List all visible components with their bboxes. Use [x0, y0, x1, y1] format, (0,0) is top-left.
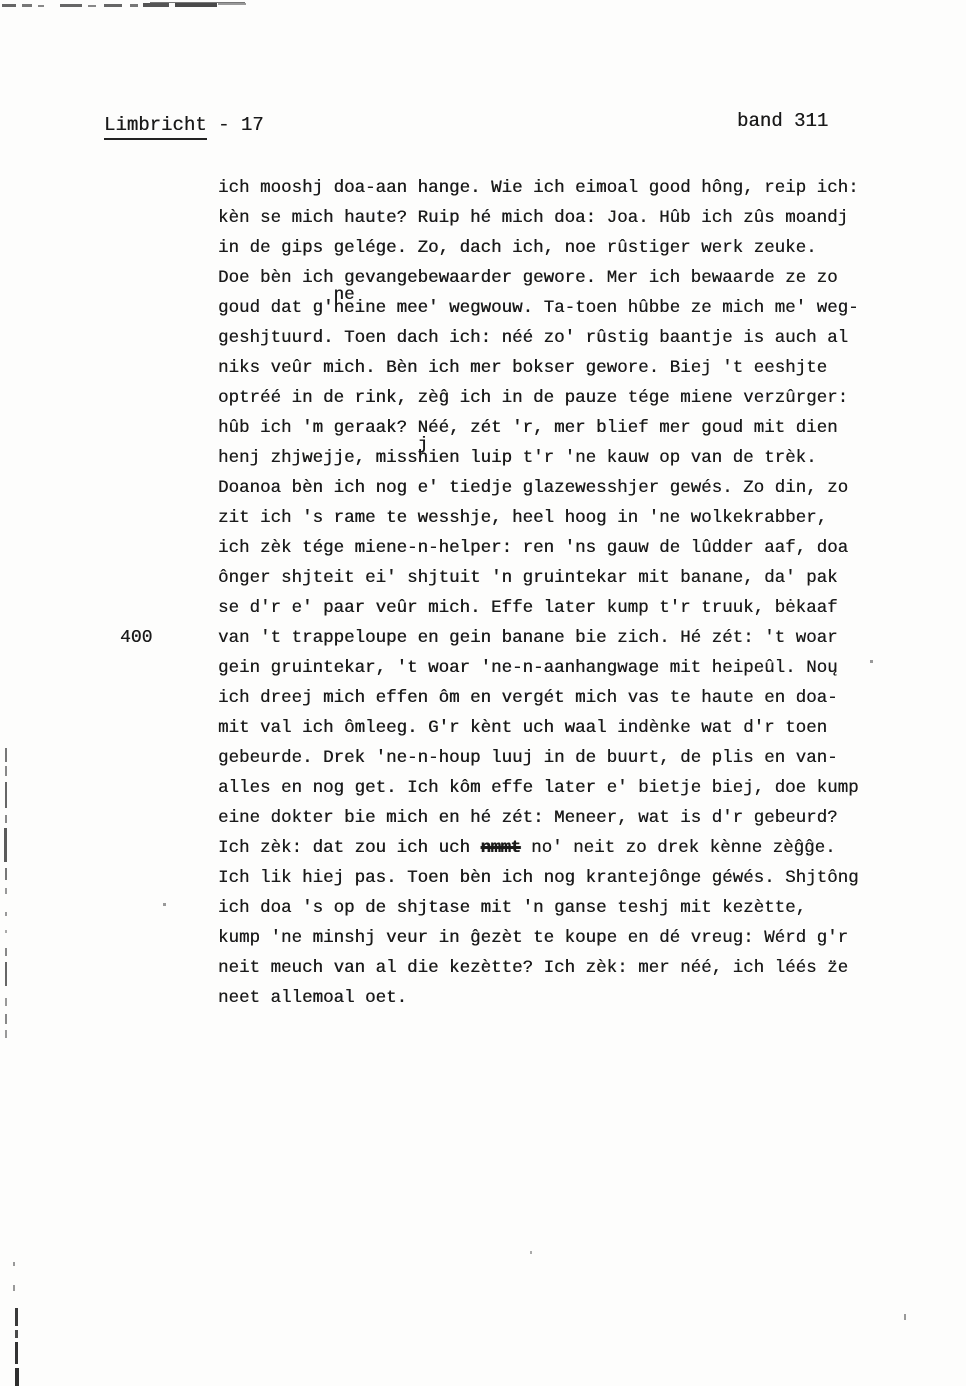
margin-line-number: 400	[120, 623, 152, 653]
text-segment: goud dat g'	[218, 298, 334, 318]
text-line: goud dat g'neheine mee' wegwouw. Ta-toen…	[218, 293, 898, 323]
scan-artifact	[130, 4, 138, 7]
text-line: neet allemoal oet.	[218, 983, 898, 1013]
page-title-location: Limbricht	[104, 114, 207, 140]
text-line: neit meuch van al die kezètte? Ich zèk: …	[218, 953, 898, 983]
text-segment: hien luip t'r 'ne kauw op van de trèk.	[418, 448, 817, 468]
scan-artifact	[5, 930, 7, 933]
scan-artifact	[5, 1030, 7, 1038]
text-segment: ônger shjteit ei' shjtuit 'n gruintekar …	[218, 568, 838, 588]
text-segment: kump 'ne minshj veur in ĝezèt te koupe e…	[218, 928, 848, 948]
text-body: ich mooshj doa-aan hange. Wie ich eimoal…	[218, 173, 898, 1013]
text-segment: alles en nog get. Ich kôm effe later e' …	[218, 778, 859, 798]
scan-artifact	[530, 1251, 532, 1254]
text-segment: ich zèk tége miene-n-helper: ren 'ns gau…	[218, 538, 848, 558]
text-segment: in de gips gelége. Zo, dach ich, noe rûs…	[218, 238, 817, 258]
scanned-document-page: Limbricht - 17 band 311 400 ich mooshj d…	[0, 0, 966, 1386]
scan-artifact	[38, 5, 44, 7]
scan-artifact	[218, 3, 246, 5]
text-line: alles en nog get. Ich kôm effe later e' …	[218, 773, 898, 803]
text-line: geshjtuurd. Toen dach ich: néé zo' rûsti…	[218, 323, 898, 353]
text-segment: Doanoa bèn ich nog e' tiedje glazewesshj…	[218, 478, 848, 498]
text-line: hûb ich 'm geraak? Néé, zét 'r, mer blie…	[218, 413, 898, 443]
text-line: ich doa 's op de shjtase mit 'n ganse te…	[218, 893, 898, 923]
text-line: ich mooshj doa-aan hange. Wie ich eimoal…	[218, 173, 898, 203]
text-line: gein gruintekar, 't woar 'ne-n-aanhangwa…	[218, 653, 898, 683]
text-line: ônger shjteit ei' shjtuit 'n gruintekar …	[218, 563, 898, 593]
text-line: in de gips gelége. Zo, dach ich, noe rûs…	[218, 233, 898, 263]
scan-artifact	[15, 1342, 18, 1364]
scan-artifact	[904, 1314, 906, 1320]
scan-artifact	[5, 998, 7, 1006]
text-line: Doanoa bèn ich nog e' tiedje glazewesshj…	[218, 473, 898, 503]
text-segment: geshjtuurd. Toen dach ich: néé zo' rûsti…	[218, 328, 848, 348]
text-line: Ich zèk: dat zou ich uch nmmt no' neit z…	[218, 833, 898, 863]
text-line: gebeurde. Drek 'ne-n-houp luuj in de buu…	[218, 743, 898, 773]
text-line: Doe bèn ich gevangebewaarder gewore. Mer…	[218, 263, 898, 293]
text-segment: no' neit zo drek kènne zèĝĝe.	[521, 838, 836, 858]
text-segment: henj zhjwejje, miss	[218, 448, 418, 468]
scan-artifact	[15, 1330, 18, 1338]
text-line: niks veûr mich. Bèn ich mer bokser gewor…	[218, 353, 898, 383]
scan-artifact	[13, 1262, 15, 1266]
text-line: kèn se mich haute? Ruip hé mich doa: Joa…	[218, 203, 898, 233]
scan-artifact	[175, 3, 217, 7]
text-line: optréé in de rink, zèĝ ich in de pauze t…	[218, 383, 898, 413]
text-segment: ich mooshj doa-aan hange. Wie ich eimoal…	[218, 178, 859, 198]
text-line: Ich lik hiej pas. Toen bèn ich nog krant…	[218, 863, 898, 893]
text-line: kump 'ne minshj veur in ĝezèt te koupe e…	[218, 923, 898, 953]
page-title-number: - 17	[207, 114, 264, 136]
scan-artifact	[15, 1368, 19, 1386]
text-segment: zit ich 's rame te wesshje, heel hoog in…	[218, 508, 827, 528]
scan-artifact	[5, 748, 7, 762]
text-segment: ich dreej mich effen ôm en vergét mich v…	[218, 688, 838, 708]
scan-artifact	[5, 782, 7, 808]
scan-artifact	[163, 903, 166, 906]
text-segment: optréé in de rink, zèĝ ich in de pauze t…	[218, 388, 848, 408]
scan-artifact	[104, 4, 122, 7]
text-line: eine dokter bie mich en hé zét: Meneer, …	[218, 803, 898, 833]
text-line: ich dreej mich effen ôm en vergét mich v…	[218, 683, 898, 713]
scan-artifact	[2, 4, 16, 7]
text-segment: neit meuch van al die kezètte? Ich zèk: …	[218, 958, 848, 978]
scan-artifact	[4, 828, 7, 862]
band-number: band 311	[737, 108, 828, 134]
scan-artifact	[15, 1308, 18, 1326]
scan-artifact	[5, 868, 7, 880]
text-segment: niks veûr mich. Bèn ich mer bokser gewor…	[218, 358, 827, 378]
scan-artifact	[5, 912, 7, 916]
text-segment: Ich zèk: dat zou ich uch	[218, 838, 481, 858]
text-segment: mit val ich ômleeg. G'r kènt uch waal in…	[218, 718, 827, 738]
text-segment: Doe bèn ich gevangebewaarder gewore. Mer…	[218, 268, 838, 288]
text-line: ich zèk tége miene-n-helper: ren 'ns gau…	[218, 533, 898, 563]
text-segment: ich doa 's op de shjtase mit 'n ganse te…	[218, 898, 806, 918]
text-line: se d'r e' paar veûr mich. Effe later kum…	[218, 593, 898, 623]
scan-artifact	[5, 815, 7, 823]
text-segment: eine dokter bie mich en hé zét: Meneer, …	[218, 808, 838, 828]
scan-artifact	[5, 948, 7, 956]
text-line: van 't trappeloupe en gein banane bie zi…	[218, 623, 898, 653]
scan-artifact	[5, 1014, 7, 1024]
text-segment: hûb ich 'm geraak? Néé, zét 'r, mer blie…	[218, 418, 838, 438]
scan-artifact	[143, 3, 169, 7]
text-segment: neet allemoal oet.	[218, 988, 407, 1008]
page-title: Limbricht - 17	[104, 112, 264, 138]
text-line: mit val ich ômleeg. G'r kènt uch waal in…	[218, 713, 898, 743]
scan-artifact	[22, 4, 32, 7]
scan-artifact	[5, 766, 7, 776]
text-segment: se d'r e' paar veûr mich. Effe later kum…	[218, 598, 838, 618]
struck-out-word: nmmt	[481, 838, 521, 858]
text-segment: van 't trappeloupe en gein banane bie zi…	[218, 628, 838, 648]
text-segment: kèn se mich haute? Ruip hé mich doa: Joa…	[218, 208, 848, 228]
text-segment: heine mee' wegwouw. Ta-toen hûbbe ze mic…	[334, 298, 859, 318]
text-segment: gebeurde. Drek 'ne-n-houp luuj in de buu…	[218, 748, 838, 768]
text-line: henj zhjwejje, missjhien luip t'r 'ne ka…	[218, 443, 898, 473]
scan-artifact	[60, 4, 82, 7]
text-segment: gein gruintekar, 't woar 'ne-n-aanhangwa…	[218, 658, 838, 678]
scan-artifact	[5, 888, 7, 894]
scan-artifact	[5, 962, 7, 986]
scan-artifact	[88, 5, 96, 7]
text-segment: Ich lik hiej pas. Toen bèn ich nog krant…	[218, 868, 859, 888]
text-line: zit ich 's rame te wesshje, heel hoog in…	[218, 503, 898, 533]
scan-artifact	[13, 1285, 15, 1291]
